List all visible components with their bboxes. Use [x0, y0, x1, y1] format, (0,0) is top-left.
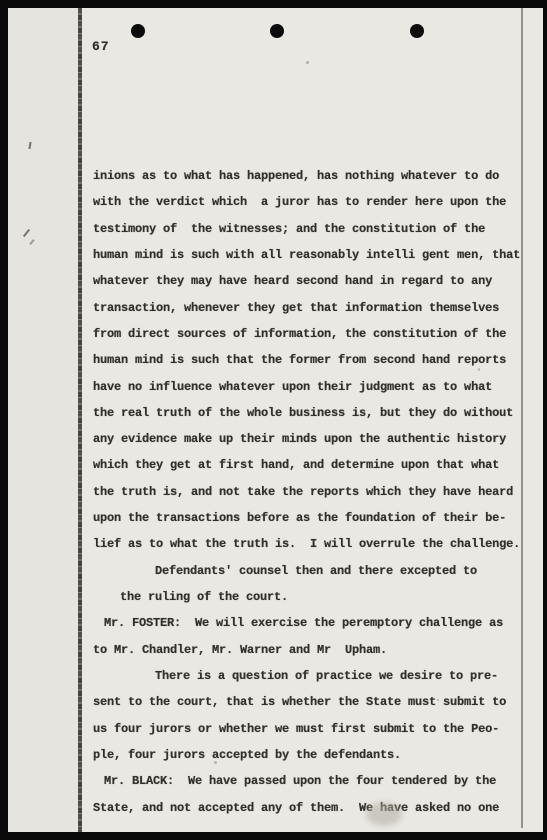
scan-smudge — [366, 802, 402, 826]
transcript-line: Defendants' counsel then and there excep… — [155, 558, 533, 584]
transcript-body: inions as to what has happened, has noth… — [93, 163, 533, 821]
transcript-line: the truth is, and not take the reports w… — [93, 479, 533, 505]
transcript-line: inions as to what has happened, has noth… — [93, 163, 533, 189]
transcript-line: lief as to what the truth is. I will ove… — [93, 531, 533, 557]
transcript-line: us four jurors or whether we must first … — [93, 716, 533, 742]
transcript-line: transaction, whenever they get that info… — [93, 295, 533, 321]
transcript-line: human mind is such that the former from … — [93, 347, 533, 373]
left-margin-strip — [8, 8, 78, 832]
transcript-line: the ruling of the court. — [120, 584, 533, 610]
transcript-line: from direct sources of information, the … — [93, 321, 533, 347]
transcript-line: any evidence make up their minds upon th… — [93, 426, 533, 452]
punch-dot-icon — [270, 24, 284, 38]
transcript-line: There is a question of practice we desir… — [155, 663, 533, 689]
scan-speck — [478, 368, 480, 371]
transcript-line: Mr. FOSTER: We will exercise the perempt… — [104, 610, 533, 636]
transcript-line: have no influence whatever upon their ju… — [93, 374, 533, 400]
punch-dot-icon — [131, 24, 145, 38]
transcript-line: with the verdict which a juror has to re… — [93, 189, 533, 215]
transcript-line: the real truth of the whole business is,… — [93, 400, 533, 426]
transcript-line: to Mr. Chandler, Mr. Warner and Mr Upham… — [93, 637, 533, 663]
scan-speck — [437, 699, 439, 701]
transcript-line: whatever they may have heard second hand… — [93, 268, 533, 294]
punch-dot-icon — [410, 24, 424, 38]
transcript-line: Mr. BLACK: We have passed upon the four … — [104, 768, 533, 794]
scan-speck — [214, 761, 217, 764]
transcript-line: State, and not accepted any of them. We … — [93, 795, 533, 821]
page-number: 67 — [92, 39, 110, 54]
transcript-line: which they get at first hand, and determ… — [93, 452, 533, 478]
transcript-line: ple, four jurors accepted by the defenda… — [93, 742, 533, 768]
binding-edge-line — [78, 8, 82, 832]
transcript-line: upon the transactions before as the foun… — [93, 505, 533, 531]
transcript-line: sent to the court, that is whether the S… — [93, 689, 533, 715]
transcript-line: human mind is such with all reasonably i… — [93, 242, 533, 268]
transcript-line: testimony of the witnesses; and the cons… — [93, 216, 533, 242]
transcript-lines: inions as to what has happened, has noth… — [93, 163, 533, 821]
scan-speck — [306, 61, 309, 64]
scanned-transcript-page: 67 inions as to what has happened, has n… — [0, 0, 547, 840]
